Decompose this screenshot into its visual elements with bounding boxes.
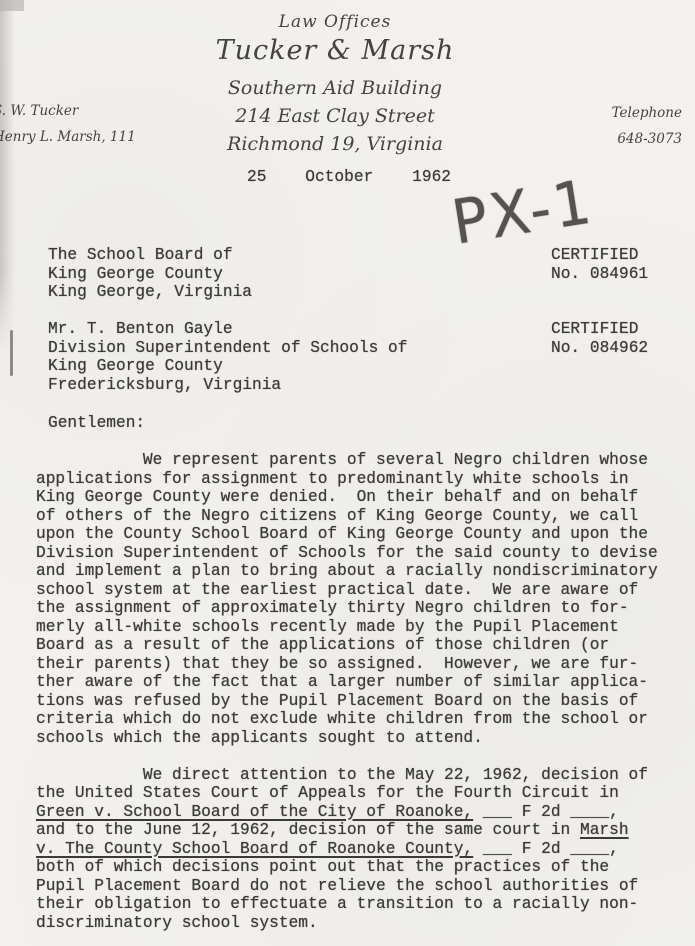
typewritten-line: criteria which do not exclude white chil… — [36, 710, 658, 729]
typewritten-line: and to the June 12, 1962, decision of th… — [36, 821, 658, 840]
paragraph: We direct attention to the May 22, 1962,… — [36, 766, 658, 933]
typewritten-line: ther aware of the fact that a larger num… — [36, 673, 658, 692]
typewritten-line: tions was refused by the Pupil Placement… — [36, 692, 658, 711]
typewritten-line: schools which the applicants sought to a… — [36, 729, 658, 748]
scan-corner-shadow — [0, 0, 24, 11]
scan-artifact-line — [10, 330, 13, 376]
typewritten-line: of others of the Negro citizens of King … — [36, 507, 658, 526]
letter-body: We represent parents of several Negro ch… — [36, 451, 658, 946]
typewritten-line: Pupil Placement Board do not relieve the… — [36, 877, 658, 896]
scan-edge-strip — [0, 0, 15, 352]
exhibit-mark-handwritten: PX-1 — [447, 166, 598, 259]
letterhead-telephone: Telephone 648-3073 — [612, 100, 682, 152]
letterhead-building: Southern Aid Building — [155, 74, 515, 102]
letterhead-attorney-names: S. W. Tucker Henry L. Marsh, 111 — [0, 98, 136, 150]
recipient-address-superintendent: Mr. T. Benton Gayle Division Superintend… — [48, 320, 407, 394]
letterhead: Law Offices Tucker & Marsh Southern Aid … — [155, 12, 515, 158]
typewritten-line: We direct attention to the May 22, 1962,… — [36, 766, 658, 785]
typewritten-line: We represent parents of several Negro ch… — [36, 451, 658, 470]
salutation: Gentlemen: — [48, 414, 145, 433]
typewritten-line: the United States Court of Appeals for t… — [36, 784, 658, 803]
typewritten-line: both of which decisions point out that t… — [36, 858, 658, 877]
typewritten-line: v. The County School Board of Roanoke Co… — [36, 840, 658, 859]
typewritten-line: Green v. School Board of the City of Roa… — [36, 803, 658, 822]
typewritten-line: King George County were denied. On their… — [36, 488, 658, 507]
certified-stamp-1: CERTIFIED No. 084961 — [551, 246, 648, 283]
typewritten-line: and implement a plan to bring about a ra… — [36, 562, 658, 581]
typewritten-line: Division Superintendent of Schools for t… — [36, 544, 658, 563]
typewritten-line: the assignment of approximately thirty N… — [36, 599, 658, 618]
typewritten-line: discriminatory school system. — [36, 914, 658, 933]
letter-date: 25 October 1962 — [247, 168, 451, 187]
typewritten-line: applications for assignment to predomina… — [36, 470, 658, 489]
letterhead-city: Richmond 19, Virginia — [155, 130, 515, 158]
typewritten-line: their parents) that they be so assigned.… — [36, 655, 658, 674]
typewritten-line: Board as a result of the applications of… — [36, 636, 658, 655]
letterhead-firm-name: Tucker & Marsh — [155, 35, 515, 66]
telephone-number: 648-3073 — [617, 131, 682, 147]
telephone-label: Telephone — [612, 105, 682, 121]
typewritten-line: their obligation to effectuate a transit… — [36, 895, 658, 914]
recipient-address-school-board: The School Board of King George County K… — [48, 246, 252, 302]
scanned-letter-page: Law Offices Tucker & Marsh Southern Aid … — [0, 0, 695, 946]
paragraph: We represent parents of several Negro ch… — [36, 451, 658, 747]
typewritten-line: school system at the earliest practical … — [36, 581, 658, 600]
letterhead-street: 214 East Clay Street — [155, 102, 515, 130]
typewritten-line: merly all-white schools recently made by… — [36, 618, 658, 637]
letterhead-law-offices: Law Offices — [155, 12, 515, 32]
certified-stamp-2: CERTIFIED No. 084962 — [551, 320, 648, 357]
typewritten-line: upon the County School Board of King Geo… — [36, 525, 658, 544]
